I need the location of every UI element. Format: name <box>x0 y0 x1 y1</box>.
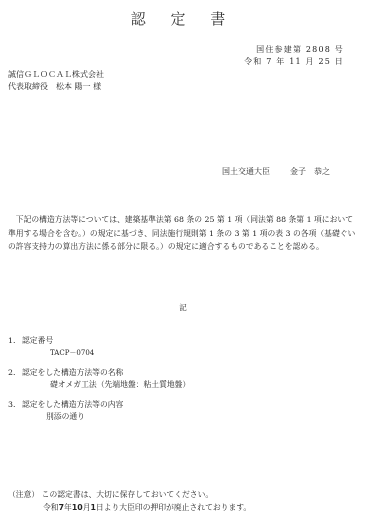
document-header-info: 国住参建第 2808 号 令和 7 年 11 月 25 日 <box>244 44 344 68</box>
item-value: TACP－0704 <box>8 347 190 359</box>
issuer-name: 金子 恭之 <box>290 167 330 176</box>
item-number: 3. <box>8 399 22 411</box>
note-text: 令和 <box>43 503 59 512</box>
note-text: 年 <box>64 503 72 512</box>
note-line-2: 令和7年10月1日より大臣印の押印が廃止されております。 <box>8 501 251 514</box>
item-label: 認定をした構造方法等の名称 <box>22 368 123 377</box>
item-number: 1. <box>8 335 22 347</box>
note-prefix: （注意） <box>8 490 39 499</box>
item-number: 2. <box>8 367 22 379</box>
certification-items: 1.認定番号 TACP－0704 2.認定をした構造方法等の名称 礎オメガ工法（… <box>8 335 190 431</box>
item-label: 認定番号 <box>22 336 53 345</box>
item-method-content: 3.認定をした構造方法等の内容 別添の通り <box>8 399 190 423</box>
certification-body-text: 下記の構造方法等については、建築基準法第 68 条の 25 第 1 項（同法第 … <box>8 213 358 254</box>
note-line-1: この認定書は、大切に保存しておいてください。 <box>42 490 214 499</box>
note-text: 日より大臣印の押印が廃止されております。 <box>96 503 251 512</box>
item-label: 認定をした構造方法等の内容 <box>22 400 123 409</box>
addressee: 誠信ＧＬＯＣＡＬ株式会社 代表取締役 松本 陽一 様 <box>8 69 104 93</box>
addressee-company: 誠信ＧＬＯＣＡＬ株式会社 <box>8 69 104 81</box>
issue-date: 令和 7 年 11 月 25 日 <box>244 56 344 68</box>
item-certification-number: 1.認定番号 TACP－0704 <box>8 335 190 359</box>
issuer: 国土交通大臣金子 恭之 <box>222 166 330 177</box>
note-month: 10 <box>72 503 83 512</box>
document-number: 国住参建第 2808 号 <box>244 44 344 56</box>
document-title: 認 定 書 <box>0 8 366 29</box>
caution-note: （注意） この認定書は、大切に保存しておいてください。 令和7年10月1日より大… <box>8 488 251 514</box>
issuer-title: 国土交通大臣 <box>222 167 270 176</box>
item-value: 礎オメガ工法（先端地盤：粘土質地盤） <box>8 379 190 391</box>
item-method-name: 2.認定をした構造方法等の名称 礎オメガ工法（先端地盤：粘土質地盤） <box>8 367 190 391</box>
addressee-representative: 代表取締役 松本 陽一 様 <box>8 81 104 93</box>
ki-heading: 記 <box>0 302 366 313</box>
item-value: 別添の通り <box>8 411 190 423</box>
